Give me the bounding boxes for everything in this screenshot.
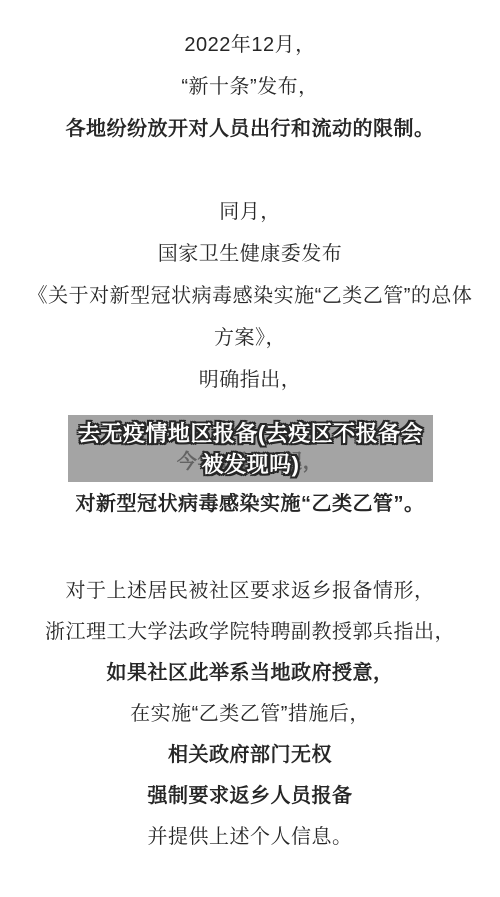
article-line: 对新型冠状病毒感染实施“乙类乙管”。	[22, 483, 478, 525]
paragraph: 对于上述居民被社区要求返乡报备情形， 浙江理工大学法政学院特聘副教授郭兵指出， …	[22, 571, 478, 858]
article-line: 如果社区此举系当地政府授意，	[22, 653, 478, 694]
article-line: 强制要求返乡人员报备	[22, 776, 478, 817]
article-line: 《关于对新型冠状病毒感染实施“乙类乙管”的总体	[22, 275, 478, 317]
article-line: 明确指出，	[22, 359, 478, 401]
article-line: 相关政府部门无权	[22, 735, 478, 776]
headline-overlay: 去无疫情地区报备(去疫区不报备会被发现吗)	[68, 415, 433, 482]
article-line: 在实施“乙类乙管”措施后，	[22, 694, 478, 735]
paragraph: 2022年12月， “新十条”发布， 各地纷纷放开对人员出行和流动的限制。	[22, 24, 478, 150]
article-line: 2022年12月，	[22, 24, 478, 66]
article-line: 浙江理工大学法政学院特聘副教授郭兵指出，	[22, 612, 478, 653]
paragraph: 同月， 国家卫生健康委发布 《关于对新型冠状病毒感染实施“乙类乙管”的总体 方案…	[22, 191, 478, 401]
article-line: 并提供上述个人信息。	[22, 817, 478, 858]
headline-title: 去无疫情地区报备(去疫区不报备会被发现吗)	[68, 418, 433, 480]
article-line: 同月，	[22, 191, 478, 233]
article-line: 方案》，	[22, 317, 478, 359]
article-line: 国家卫生健康委发布	[22, 233, 478, 275]
article-line: 各地纷纷放开对人员出行和流动的限制。	[22, 108, 478, 150]
article-line: 对于上述居民被社区要求返乡报备情形，	[22, 571, 478, 612]
page: { "page": { "background": "#ffffff", "te…	[0, 0, 500, 897]
article-line: “新十条”发布，	[22, 66, 478, 108]
